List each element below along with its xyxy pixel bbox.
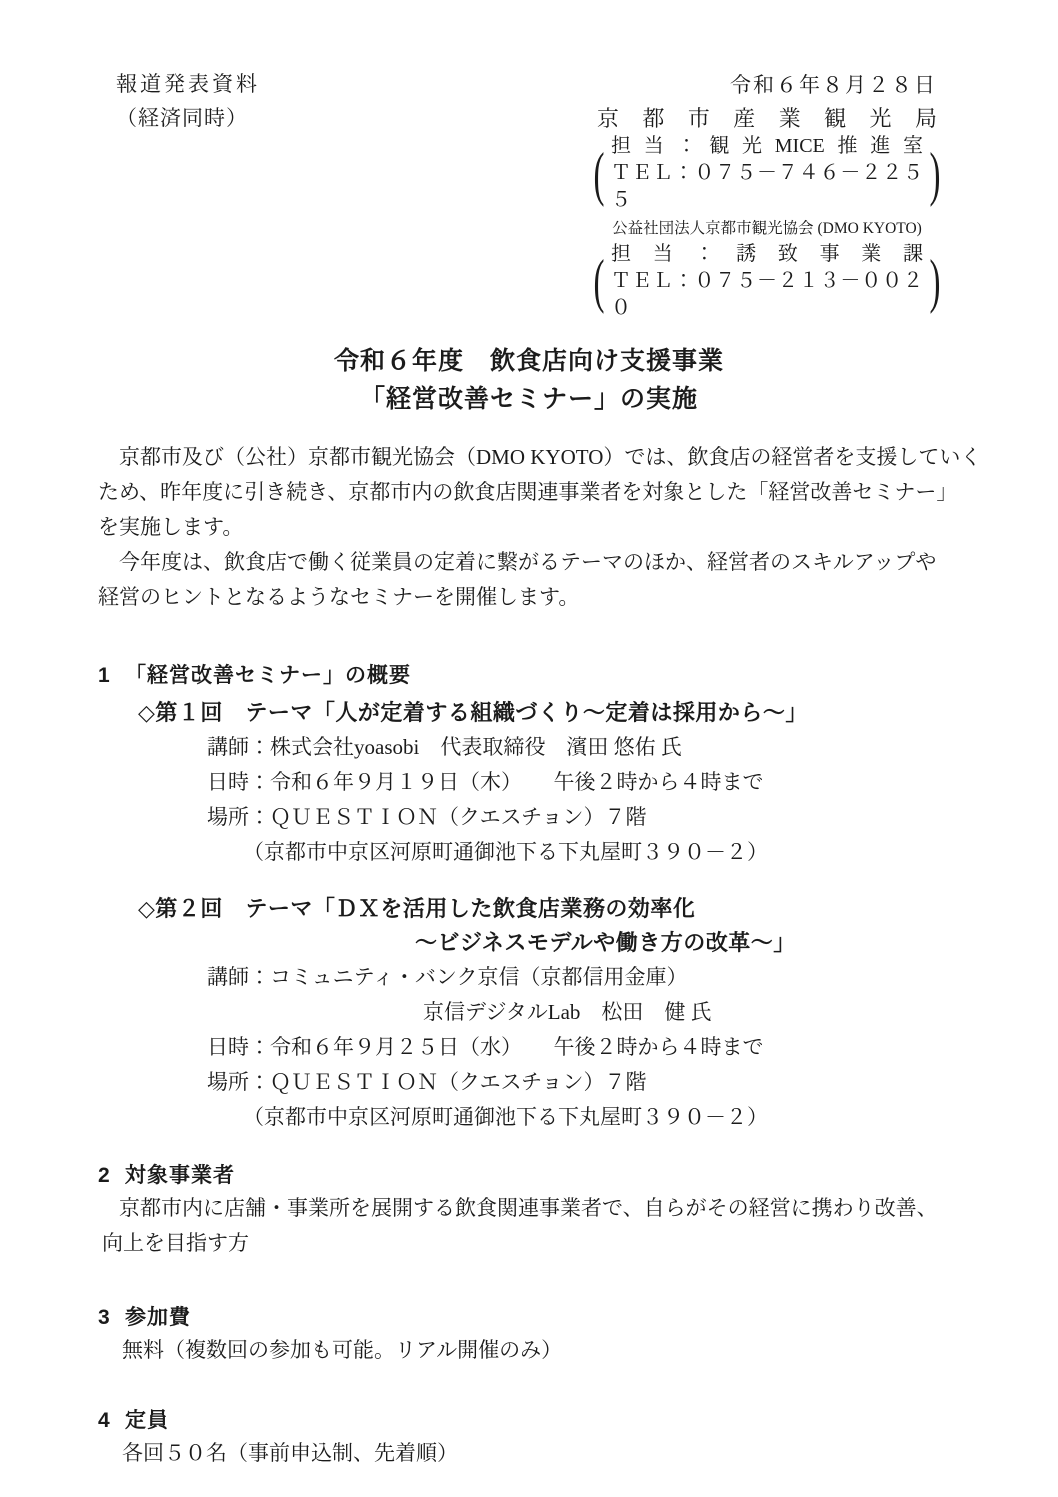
section-seminar-overview: 1 「経営改善セミナー」の概要 ◇第１回 テーマ「人が定着する組織づくり～定着は… <box>98 661 998 1135</box>
intro-paragraph: 京都市及び（公社）京都市観光協会（DMO KYOTO）では、飲食店の経営者を支援… <box>98 440 998 615</box>
section-number: 2 <box>98 1161 125 1191</box>
seminar-2-place: 場所：ＱＵＥＳＴＩＯＮ（クエスチョン）７階 <box>207 1065 998 1100</box>
press-release-page: 報道発表資料 （経済同時） 令和６年８月２８日 京都市産業観光局 ( 担当：観光… <box>0 0 1058 1497</box>
intro-line: 今年度は、飲食店で働く従業員の定着に繋がるテーマのほか、経営者のスキルアップや <box>98 545 998 580</box>
section-number: 1 <box>98 661 125 691</box>
seminar-1-block: ◇第１回 テーマ「人が定着する組織づくり～定着は採用から～」 講師：株式会社yo… <box>98 696 998 870</box>
header-right: 令和６年８月２８日 京都市産業観光局 ( 担当：観光MICE推進室 ＴＥＬ：０７… <box>597 74 937 328</box>
seminar-1-lecturer: 講師：株式会社yoasobi 代表取締役 濱田 悠佑 氏 <box>207 730 998 765</box>
section-number: 3 <box>98 1303 125 1333</box>
intro-line: を実施します。 <box>98 510 998 545</box>
contact-dmo-dept: 担当：誘致事業課 <box>611 241 923 268</box>
intro-line: 経営のヒントとなるようなセミナーを開催します。 <box>98 580 998 615</box>
release-date: 令和６年８月２８日 <box>597 74 937 97</box>
bureau-name: 京都市産業観光局 <box>597 106 937 131</box>
contact-box-mice: ( 担当：観光MICE推進室 ＴＥＬ：０７５－７４６－２２５５ ) <box>597 133 937 214</box>
section-capacity: 4 定員 各回５０名（事前申込制、先着順） <box>98 1406 998 1471</box>
section-3-body: 無料（複数回の参加も可能。リアル開催のみ） <box>122 1333 998 1368</box>
intro-line: ため、昨年度に引き続き、京都市内の飲食店関連事業者を対象とした「経営改善セミナー… <box>98 475 998 510</box>
document-header: 報道発表資料 （経済同時） 令和６年８月２８日 京都市産業観光局 ( 担当：観光… <box>0 0 1058 328</box>
section-3-heading: 3 参加費 <box>98 1303 998 1333</box>
page-title-line-2: 「経営改善セミナー」の実施 <box>0 380 1058 418</box>
seminar-2-title-line-1: ◇第２回 テーマ「ＤＸを活用した飲食店業務の効率化 <box>138 892 998 926</box>
section-2-heading: 2 対象事業者 <box>98 1161 998 1191</box>
seminar-1-title: ◇第１回 テーマ「人が定着する組織づくり～定着は採用から～」 <box>138 696 998 730</box>
section-2-body: 京都市内に店舗・事業所を展開する飲食関連事業者で、自らがその経営に携わり改善、 … <box>98 1191 998 1261</box>
page-title-line-1: 令和６年度 飲食店向け支援事業 <box>0 342 1058 380</box>
contact-dmo-tel: ＴＥＬ：０７５－２１３－００２０ <box>611 268 923 322</box>
page-title: 令和６年度 飲食店向け支援事業 「経営改善セミナー」の実施 <box>0 342 1058 418</box>
seminar-2-lecturer: 講師：コミュニティ・バンク京信（京都信用金庫） <box>207 960 998 995</box>
section-title: 定員 <box>125 1406 169 1436</box>
section-participation-fee: 3 参加費 無料（複数回の参加も可能。リアル開催のみ） <box>98 1303 998 1368</box>
contact-box-dmo: ( 担当：誘致事業課 ＴＥＬ：０７５－２１３－００２０ ) <box>597 241 937 322</box>
section-2-body-line: 京都市内に店舗・事業所を展開する飲食関連事業者で、自らがその経営に携わり改善、 <box>98 1191 998 1226</box>
section-target-businesses: 2 対象事業者 京都市内に店舗・事業所を展開する飲食関連事業者で、自らがその経営… <box>98 1161 998 1261</box>
bracket-open-decoration: ( <box>593 146 604 202</box>
contact-mice-dept: 担当：観光MICE推進室 <box>611 133 923 160</box>
section-number: 4 <box>98 1406 125 1436</box>
document-body: 京都市及び（公社）京都市観光協会（DMO KYOTO）では、飲食店の経営者を支援… <box>0 440 1058 1471</box>
section-2-body-line: 向上を目指す方 <box>102 1226 998 1261</box>
bracket-close-decoration: ) <box>930 253 941 309</box>
contact-mice-tel: ＴＥＬ：０７５－７４６－２２５５ <box>611 160 923 214</box>
seminar-2-address: （京都市中京区河原町通御池下る下丸屋町３９０－２） <box>243 1100 998 1135</box>
header-left: 報道発表資料 （経済同時） <box>116 74 260 129</box>
seminar-1-datetime: 日時：令和６年９月１９日（木） 午後２時から４時まで <box>207 765 998 800</box>
section-1-heading: 1 「経営改善セミナー」の概要 <box>98 661 998 691</box>
doc-type-label: 報道発表資料 <box>116 74 260 95</box>
seminar-2-datetime: 日時：令和６年９月２５日（水） 午後２時から４時まで <box>207 1030 998 1065</box>
seminar-2-lecturer-name: 京信デジタルLab 松田 健 氏 <box>423 995 998 1030</box>
section-title: 対象事業者 <box>125 1161 235 1191</box>
section-4-heading: 4 定員 <box>98 1406 998 1436</box>
seminar-2-title-line-2: ～ビジネスモデルや働き方の改革～」 <box>415 926 998 960</box>
contact-dmo-content: 担当：誘致事業課 ＴＥＬ：０７５－２１３－００２０ <box>609 241 925 322</box>
section-title: 「経営改善セミナー」の概要 <box>125 661 411 691</box>
bracket-close-decoration: ) <box>930 146 941 202</box>
org-name: 公益社団法人京都市観光協会 (DMO KYOTO) <box>597 220 937 239</box>
doc-release-note: （経済同時） <box>116 108 260 129</box>
contact-mice-content: 担当：観光MICE推進室 ＴＥＬ：０７５－７４６－２２５５ <box>609 133 925 214</box>
section-title: 参加費 <box>125 1303 191 1333</box>
seminar-1-address: （京都市中京区河原町通御池下る下丸屋町３９０－２） <box>243 835 998 870</box>
section-4-body: 各回５０名（事前申込制、先着順） <box>122 1436 998 1471</box>
bracket-open-decoration: ( <box>593 253 604 309</box>
seminar-2-block: ◇第２回 テーマ「ＤＸを活用した飲食店業務の効率化 ～ビジネスモデルや働き方の改… <box>98 892 998 1135</box>
seminar-1-place: 場所：ＱＵＥＳＴＩＯＮ（クエスチョン）７階 <box>207 800 998 835</box>
intro-line: 京都市及び（公社）京都市観光協会（DMO KYOTO）では、飲食店の経営者を支援… <box>98 440 998 475</box>
